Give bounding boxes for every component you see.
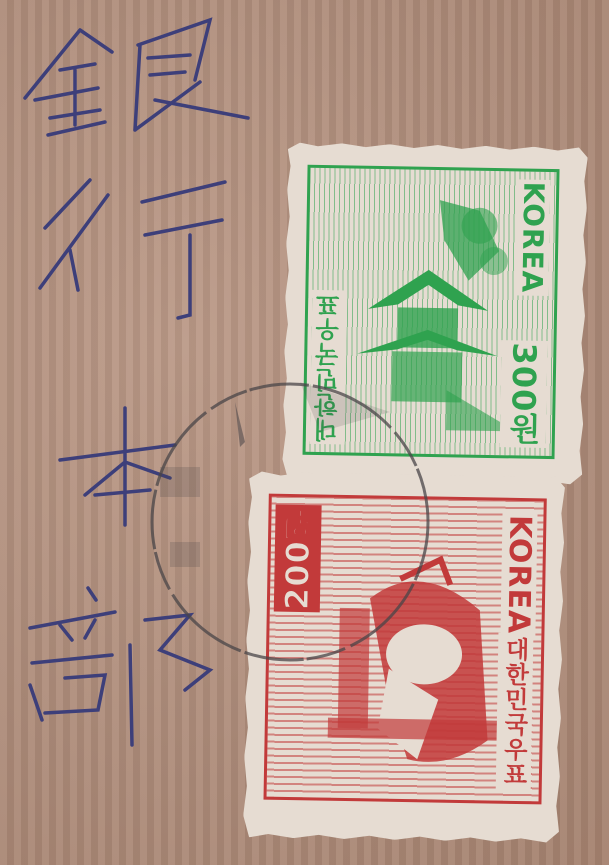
stamp-korean-label: 대한민국우표 bbox=[496, 633, 534, 792]
stamp-country-label: KOREA bbox=[515, 179, 550, 295]
stamp-value: 300원 bbox=[500, 340, 548, 448]
stamp-country-label: KOREA bbox=[500, 511, 537, 639]
postmark-cancellation bbox=[140, 372, 440, 672]
